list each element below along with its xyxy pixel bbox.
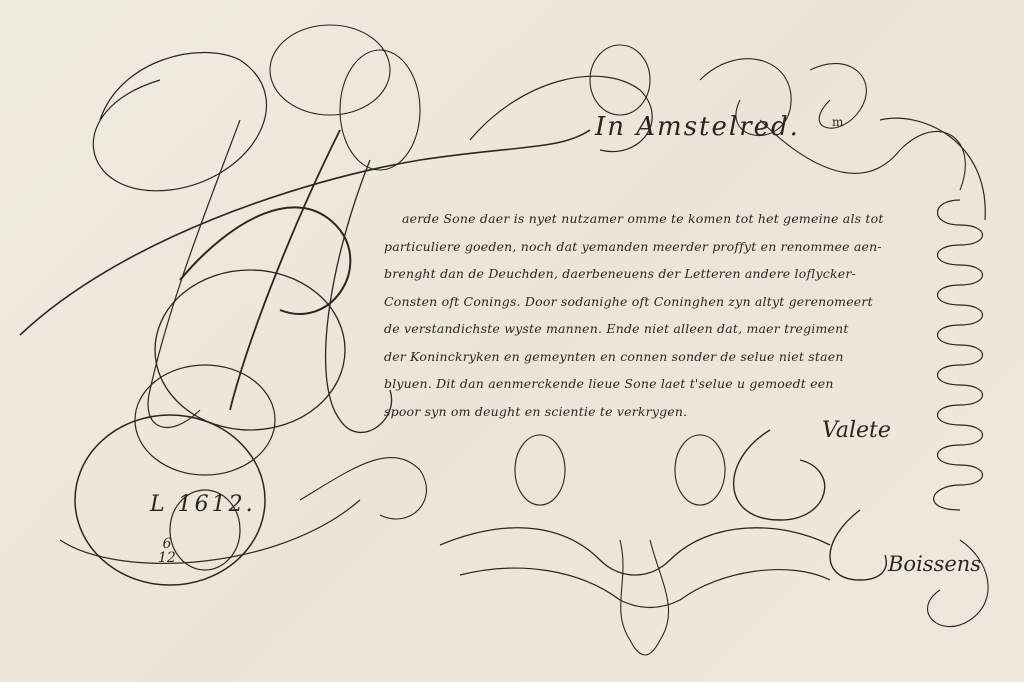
- text-line: brenght dan de Deuchden, daerbeneuens de…: [384, 260, 929, 288]
- plate-number: 6 12: [158, 537, 176, 565]
- text-line: particuliere goeden, noch dat yemanden m…: [384, 233, 929, 261]
- plate-number-top: 6: [158, 537, 176, 551]
- text-line: aerde Sone daer is nyet nutzamer omme te…: [384, 205, 929, 233]
- place-heading: In Amstelred.: [595, 112, 800, 142]
- heading-superscript: m: [832, 115, 843, 129]
- text-line: de verstandichste wyste mannen. Ende nie…: [384, 315, 929, 343]
- calligraphy-body-text: aerde Sone daer is nyet nutzamer omme te…: [384, 205, 929, 425]
- text-line: Consten oft Conings. Door sodanighe oft …: [384, 288, 929, 316]
- text-line: blyuen. Dit dan aenmerckende lieue Sone …: [384, 370, 929, 398]
- text-line: der Koninckryken en gemeynten en connen …: [384, 343, 929, 371]
- date-inscription: L 1612.: [150, 492, 256, 517]
- closing-word: Valete: [822, 418, 891, 443]
- plate-number-bottom: 12: [158, 551, 176, 565]
- artist-signature: Boissens: [888, 552, 981, 576]
